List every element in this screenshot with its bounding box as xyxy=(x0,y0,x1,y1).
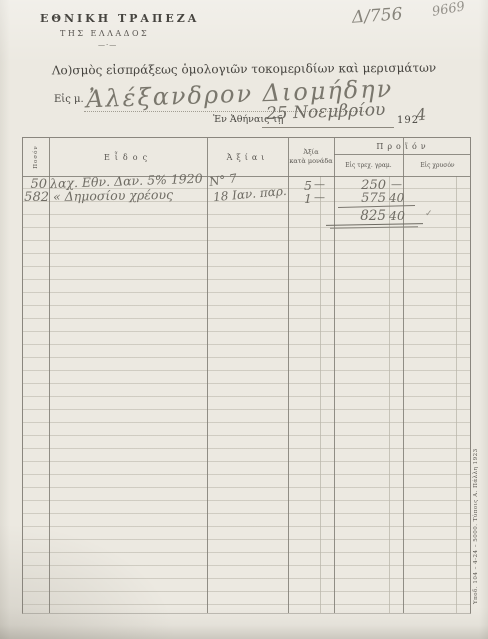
column-divider xyxy=(288,138,289,613)
col-header-product-current: Εἰς τρεχ. γραμ. xyxy=(334,154,403,176)
col-header-values: Ἀξίαι xyxy=(207,138,288,176)
bank-subtitle: ΤΗΣ ΕΛΛΑΔΟΣ xyxy=(60,29,149,38)
cents-divider xyxy=(389,176,390,613)
row2-unit-value-handwritten: 1 xyxy=(288,191,312,206)
payee-prefix: Εἰς μ. xyxy=(54,94,84,105)
col-header-unit-value-line2: κατὰ μονάδα xyxy=(289,157,332,166)
row1-unit-cents-handwritten: — xyxy=(314,178,325,191)
row2-quantity-handwritten: 582 xyxy=(23,190,49,205)
total-amount-handwritten: 825 xyxy=(334,208,386,224)
col-header-kind: Εἶδος xyxy=(49,138,207,176)
printer-imprint: Υποδ. 104 – 4-24 – 5000. Τύποις Α. Πάλλη… xyxy=(473,386,479,604)
divider-ornament-icon: —·— xyxy=(98,41,117,49)
row2-unit-cents-handwritten: — xyxy=(314,191,325,204)
col-header-unit-value-line1: Ἀξία xyxy=(303,148,318,157)
ledger-table: Ποσόν Εἶδος Ἀξίαι Ἀξία κατὰ μονάδα Προϊό… xyxy=(22,137,471,614)
total-cents-handwritten: 40 xyxy=(389,208,405,223)
form-title: Λο)σμὸς εἰσπράξεως ὁμολογιῶν τοκομεριδίω… xyxy=(0,60,488,77)
cents-divider xyxy=(320,176,321,613)
tick-mark-icon: ✓ xyxy=(425,209,433,219)
column-divider xyxy=(49,138,50,613)
bank-name: ΕΘΝΙΚΗ ΤΡΑΠΕΖΑ xyxy=(40,12,199,25)
cents-divider xyxy=(456,176,457,613)
col-header-quantity-label: Ποσόν xyxy=(33,145,39,169)
row2-kind-handwritten: « Δημοσίου χρέους xyxy=(53,187,173,204)
col-header-product-gold: Εἰς χρυσόν xyxy=(403,154,472,176)
year-handwritten: 4 xyxy=(415,105,427,125)
date-underline xyxy=(262,127,394,128)
row1-product-cents-handwritten: — xyxy=(391,178,402,191)
column-divider xyxy=(207,138,208,613)
col-header-quantity: Ποσόν xyxy=(23,138,49,176)
row2-product-handwritten: 575 xyxy=(334,191,386,206)
col-header-product: Προϊόν xyxy=(334,138,472,154)
document-scan: ΕΘΝΙΚΗ ΤΡΑΠΕΖΑ ΤΗΣ ΕΛΛΑΔΟΣ —·— Δ/756 966… xyxy=(0,0,488,639)
row2-product-cents-handwritten: 40 xyxy=(389,191,404,205)
ref-number-handwritten: Δ/756 xyxy=(351,4,403,27)
col-header-unit-value: Ἀξία κατὰ μονάδα xyxy=(288,138,334,176)
corner-note-handwritten: 9669 xyxy=(431,0,466,20)
date-handwritten: 25 Νοεμβρίου xyxy=(266,100,386,124)
